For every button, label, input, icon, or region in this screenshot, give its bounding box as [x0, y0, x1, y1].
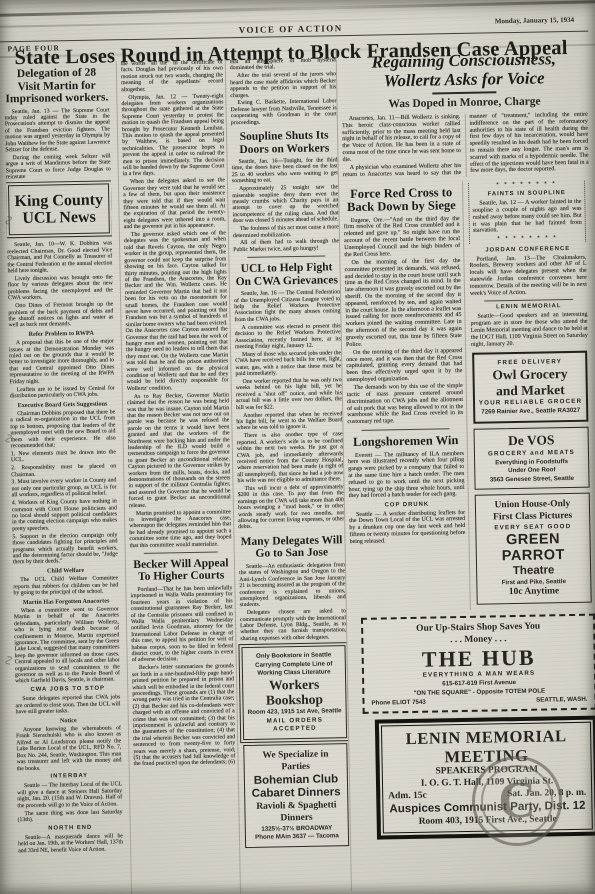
column-2: the words "all the" in the certificate o…: [116, 59, 238, 894]
article-paragraph: Everett — The militancy of ILA members h…: [348, 451, 465, 501]
section-subhead: NORTH END: [18, 824, 123, 833]
the-hub-ad: Our Up-Stairs Shop Saves You. . . Money …: [361, 614, 595, 714]
article-paragraph: Many of those who secured jobs under the…: [235, 350, 341, 378]
wollertz-headline: Regaining Consciousness, Wollertz Asks f…: [343, 49, 586, 91]
article-paragraph: Otto Dines of Fremont brought up the pro…: [8, 301, 113, 329]
article-paragraph: After the trial several of the jurors wh…: [230, 72, 336, 100]
ad-line: We Specialize in: [246, 749, 344, 762]
article-paragraph: Seattle, Jan. 16—Tonight, for the third …: [232, 157, 338, 185]
article-paragraph: All of them had to walk through the Publ…: [233, 239, 339, 254]
article-paragraph: Chairman Dobbins proposed that there be …: [10, 409, 116, 449]
section-subhead: Executive Board Gets Suggestions: [10, 400, 115, 409]
ad-line: Dinners: [248, 812, 346, 825]
workers-bookshop-ad: Only Bookstore in SeattleCarrying Comple…: [241, 645, 347, 739]
section-subhead: Martin Has Forgotten Anacortes: [14, 597, 119, 606]
newspaper-page: Monday, January 15, 1934 VOICE OF ACTION…: [0, 0, 595, 894]
column-1: Delegation of 28 Visit Martin for Impris…: [4, 61, 124, 894]
ad-line: Ravioli & Spaghetti: [247, 800, 345, 813]
article-paragraph: The demands won by this use of the simpl…: [347, 383, 464, 426]
wollertz-body: Anacortes, Jan. 11—Bill Wollertz is sink…: [342, 112, 589, 179]
green-parrot-theatre-ad: Union House-OnlyFirst Class PicturesEVER…: [475, 493, 592, 605]
column-4: Force Red Cross to Back Down by SiegeEug…: [343, 181, 466, 548]
ucl-cwa-headline: UCL to Help Fight On CWA Grievances: [234, 261, 338, 288]
article-paragraph: Ewing C. Baskette, International Labor D…: [230, 99, 336, 127]
article-paragraph: Seattle, Jan. 13 — The Supreme Court tod…: [5, 107, 111, 154]
ad-line: First Class Pictures: [478, 511, 587, 524]
ad-line: THE HUB: [366, 645, 592, 672]
section-subhead: JORDAN CONFERENCE: [469, 245, 586, 255]
article-paragraph: One worker reported that he was only two…: [236, 377, 343, 411]
column-5: * * * * * * * *FAINTS IN SOUPLINESeattle…: [462, 178, 593, 610]
ad-line: De VOS: [477, 433, 586, 449]
article-divider: [484, 299, 573, 302]
article-paragraph: 5. Support in the election campaign only…: [12, 532, 118, 566]
article-paragraph: Anacortes, Jan. 11—Bill Wollertz is sink…: [342, 114, 461, 164]
article-paragraph: The governor asked which one of the dele…: [124, 230, 229, 392]
article-divider: [247, 256, 325, 258]
article-paragraph: On the morning of the third day it appea…: [346, 348, 463, 384]
article-paragraph: The foulness of this act must cause a mo…: [233, 224, 339, 239]
ad-line: Phone MAin 3637 — Tacoma: [248, 832, 346, 841]
article-paragraph: Martin promised to appoint a committee t…: [129, 509, 232, 549]
ad-line: Cabaret Dinners: [247, 786, 345, 800]
right-columns-row: Force Red Cross to Back Down by SiegeEug…: [343, 178, 595, 612]
column-3: that an atmosphere of mob hysteria domin…: [225, 57, 351, 893]
article-paragraph: Seattle—Good speakers and an interesting…: [470, 312, 588, 348]
lenin-memorial-meeting-ad: LENIN MEMORIALMEETINGSPEAKERS PROGRAMI. …: [375, 716, 595, 840]
article-paragraph: When a committee went to Governor Martin…: [14, 606, 120, 685]
article-paragraph: Seattle—A masquerade dance will be held …: [18, 833, 123, 854]
ad-line: 7269 Rainier Ave., Seattle RA3027: [477, 407, 584, 417]
ad-line: GREEN PARROT: [478, 532, 588, 565]
delegation-headline: Delegation of 28 Visit Martin for Impris…: [5, 66, 109, 105]
red-cross-headline: Force Red Cross to Back Down by Siege: [344, 186, 458, 215]
article-divider: [144, 551, 218, 553]
article-paragraph: Anyone knowing the whereabouts of Frank …: [16, 725, 122, 772]
article-paragraph: Approximately 25 tonight saw the miserab…: [232, 184, 339, 224]
article-paragraph: A committee was elected to present this …: [235, 323, 341, 351]
article-paragraph: Seattle—An enthusiastic delegation from …: [239, 562, 346, 609]
article-paragraph: A proposal that this be one of the major…: [9, 339, 115, 386]
ad-line: and Market: [477, 383, 584, 399]
article-paragraph: Some delegates reported that CWA jobs ar…: [15, 695, 120, 716]
ad-line: Bohemian Club: [247, 773, 345, 787]
san-jose-headline: Many Delegates Will Go to San Jose: [239, 534, 343, 561]
ad-line: Workers Bookshop: [245, 677, 344, 708]
article-paragraph: Leaflets are to be issued by Central for…: [10, 385, 115, 400]
headline-rule: [432, 91, 496, 94]
soupline-headline: Soupline Shuts Its Doors on Workers: [232, 129, 336, 156]
article-paragraph: The UCL Child Welfare Committee reports …: [13, 576, 118, 597]
faints-in-soupline-box: * * * * * * * *FAINTS IN SOUPLINESeattle…: [468, 180, 586, 243]
article-paragraph: This will incur a debt of approximately …: [238, 484, 345, 531]
article-paragraph: Seattle — The Interbay Local of the UCL …: [17, 782, 122, 810]
article-paragraph: Another reported that when he received h…: [236, 411, 342, 432]
article-paragraph: Becker's letter summarizes the grounds s…: [132, 664, 236, 768]
right-section: Regaining Consciousness, Wollertz Asks f…: [336, 45, 595, 891]
ad-line: Theatre: [479, 564, 588, 578]
ad-line: MAIL ORDERS ACCEPTED: [246, 716, 344, 734]
article-paragraph: that an atmosphere of mob hysteria domin…: [230, 57, 336, 72]
article-paragraph: the words "all the" in the certificate o…: [121, 59, 224, 93]
article-paragraph: Lively discussion was brought onto the f…: [8, 274, 113, 302]
ad-line: Parties: [247, 761, 345, 774]
becker-headline: Becker Will Appeal To Higher Courts: [131, 557, 231, 584]
article-paragraph: There is also another type of case repor…: [237, 431, 344, 484]
section-subhead: Notice: [16, 716, 121, 725]
article-divider: [362, 428, 450, 431]
article-paragraph: As to Ray Becker, Governor Martin claime…: [127, 392, 231, 509]
article-paragraph: 1. New elements must be drawn into the U…: [11, 449, 116, 464]
section-subhead: COP DRUNK: [349, 501, 465, 511]
article-paragraph: During the coming week Seltzer will argu…: [5, 153, 110, 181]
article-paragraph: Seattle, Jan. 16 — The Central Federatio…: [234, 289, 341, 323]
article-paragraph: Seattle, Jan. 10—W. K. Dobbins was reele…: [7, 241, 113, 275]
article-paragraph: Portland, Jan. 13—The Cloakmakers, Roofe…: [469, 254, 587, 297]
owl-grocery-ad: FREE DELIVERYOwl Groceryand MarketYOUR R…: [472, 351, 588, 424]
ad-line: LENIN MEMORIAL: [382, 727, 590, 748]
ad-line: Owl Grocery: [476, 367, 583, 383]
de-vos-grocery-ad: De VOSGROCERY and MEATSEverything in Foo…: [474, 427, 590, 490]
right-bottom-ads: Our Up-Stairs Shop Saves You. . . Money …: [351, 614, 595, 840]
article-paragraph: 4. Workers of King County have nothing i…: [12, 499, 118, 533]
article-paragraph: 2. Responsibility must be placed on Chai…: [11, 463, 116, 478]
section-subhead: Refer Problem to RWPA: [9, 330, 114, 339]
article-paragraph: On the morning of the first day the comm…: [344, 258, 462, 348]
bohemian-club-ad: We Specialize inPartiesBohemian ClubCaba…: [243, 743, 349, 848]
article-paragraph: When the delegates asked to see the Gove…: [123, 178, 226, 231]
article-paragraph: The same thing was done last Saturday (1…: [17, 809, 122, 824]
article-paragraph: Portland—That he has been unlawfully imp…: [130, 585, 233, 664]
section-subhead: Child Welfare: [13, 567, 118, 576]
ad-line: 3563 Genesee Street, Seattle: [477, 474, 586, 484]
article-paragraph: Delegates chosen are asked to communicat…: [240, 608, 347, 642]
article-paragraph: Seattle — A worker distributing leaflets…: [349, 510, 466, 546]
article-paragraph: Olympia, Jan. 12 — Twenty-eight delegate…: [121, 93, 225, 178]
wollertz-subhead: Was Doped in Monroe, Charge: [341, 95, 587, 113]
page-sheet: Monday, January 15, 1934 VOICE OF ACTION…: [0, 0, 595, 894]
article-paragraph: Eugene, Ore.—"And on the third day the f…: [344, 216, 461, 259]
ad-line: Union House-Only: [478, 499, 587, 512]
article-paragraph: 3. Must involve every worker in County a…: [11, 478, 116, 499]
ad-line: 10c Anytime: [479, 586, 588, 599]
longshoremen-headline: Longshoremen Win: [349, 434, 463, 450]
king-county-ucl-news-box: King CountyUCL News: [8, 184, 110, 236]
